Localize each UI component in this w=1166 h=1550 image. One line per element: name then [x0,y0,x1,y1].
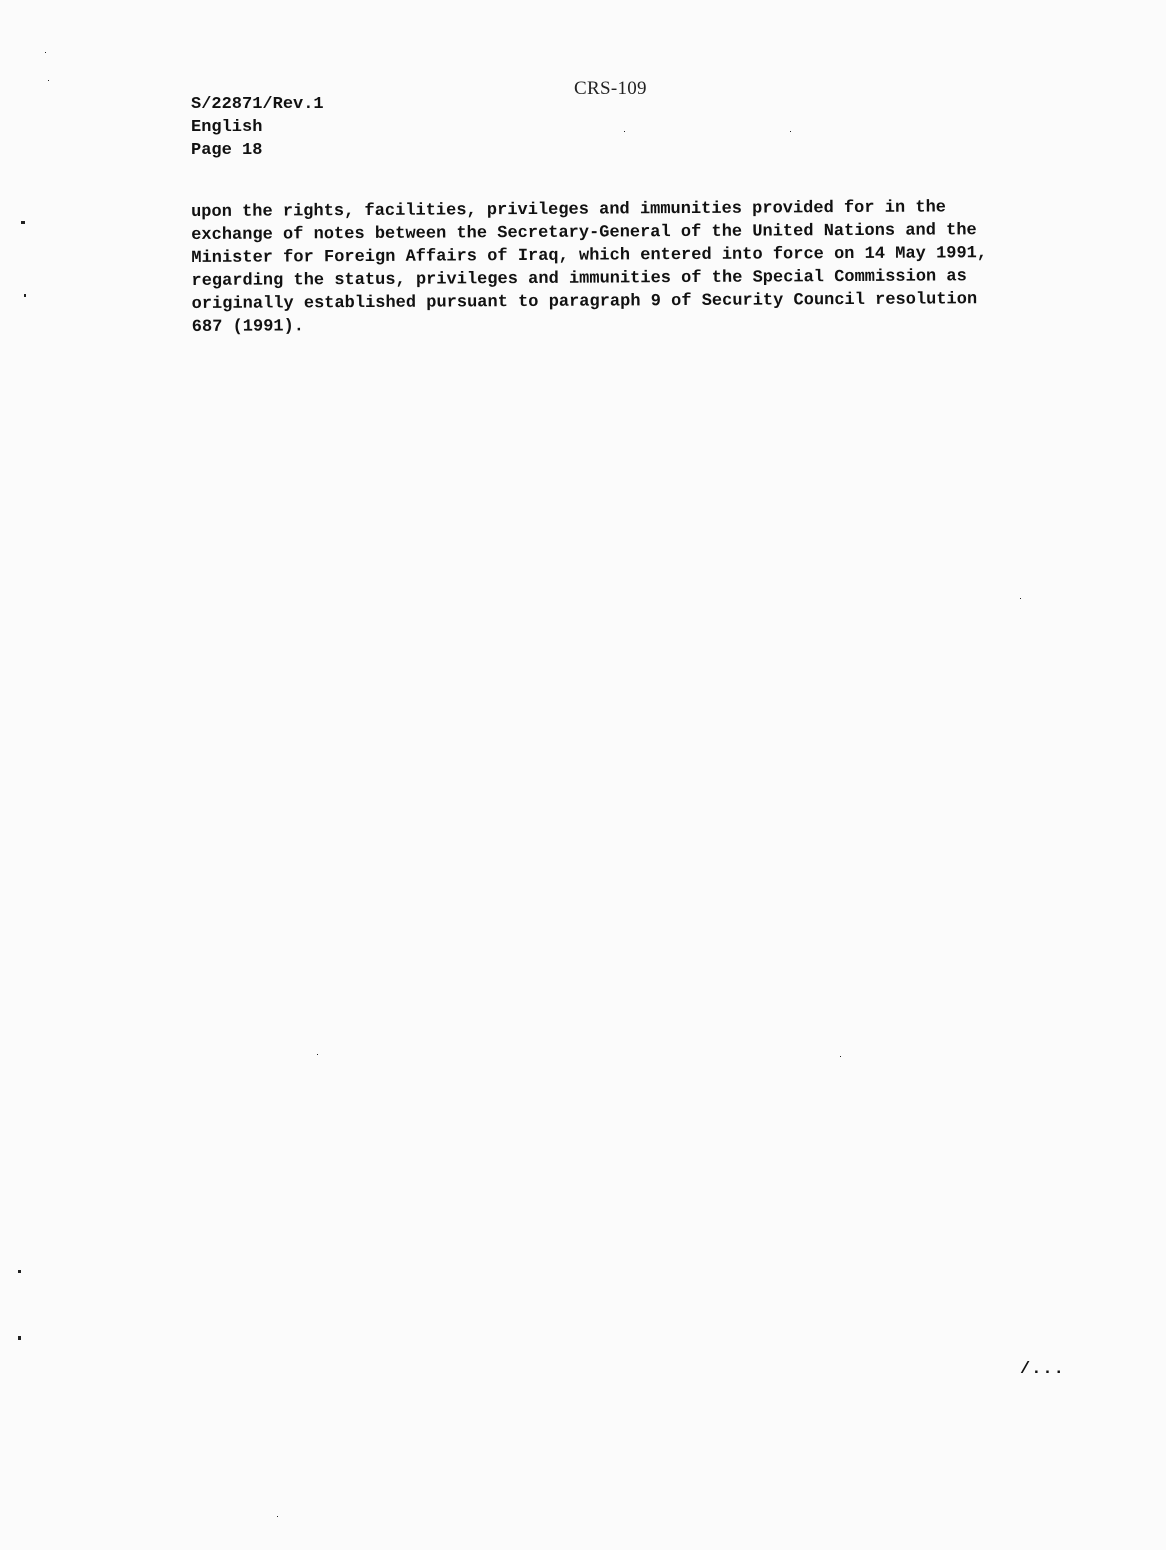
document-header: S/22871/Rev.1 English Page 18 [191,93,324,162]
scan-speck [21,221,25,224]
scan-speck [624,131,625,132]
document-symbol: S/22871/Rev.1 [191,93,324,116]
scan-speck [840,1056,841,1057]
scan-speck [1020,598,1021,599]
scan-speck [48,80,49,81]
page-stamp: CRS-109 [574,78,647,100]
scan-speck [277,1516,278,1517]
document-language: English [191,116,324,139]
scan-speck [790,131,791,132]
page-number: Page 18 [191,139,324,162]
scan-speck [45,52,46,53]
scan-speck [317,1054,318,1055]
scan-speck [18,1270,21,1273]
scan-speck [18,1336,21,1340]
scan-speck [24,294,26,297]
continuation-marker: /... [1020,1360,1065,1379]
body-paragraph: upon the rights, facilities, privileges … [191,196,1072,339]
